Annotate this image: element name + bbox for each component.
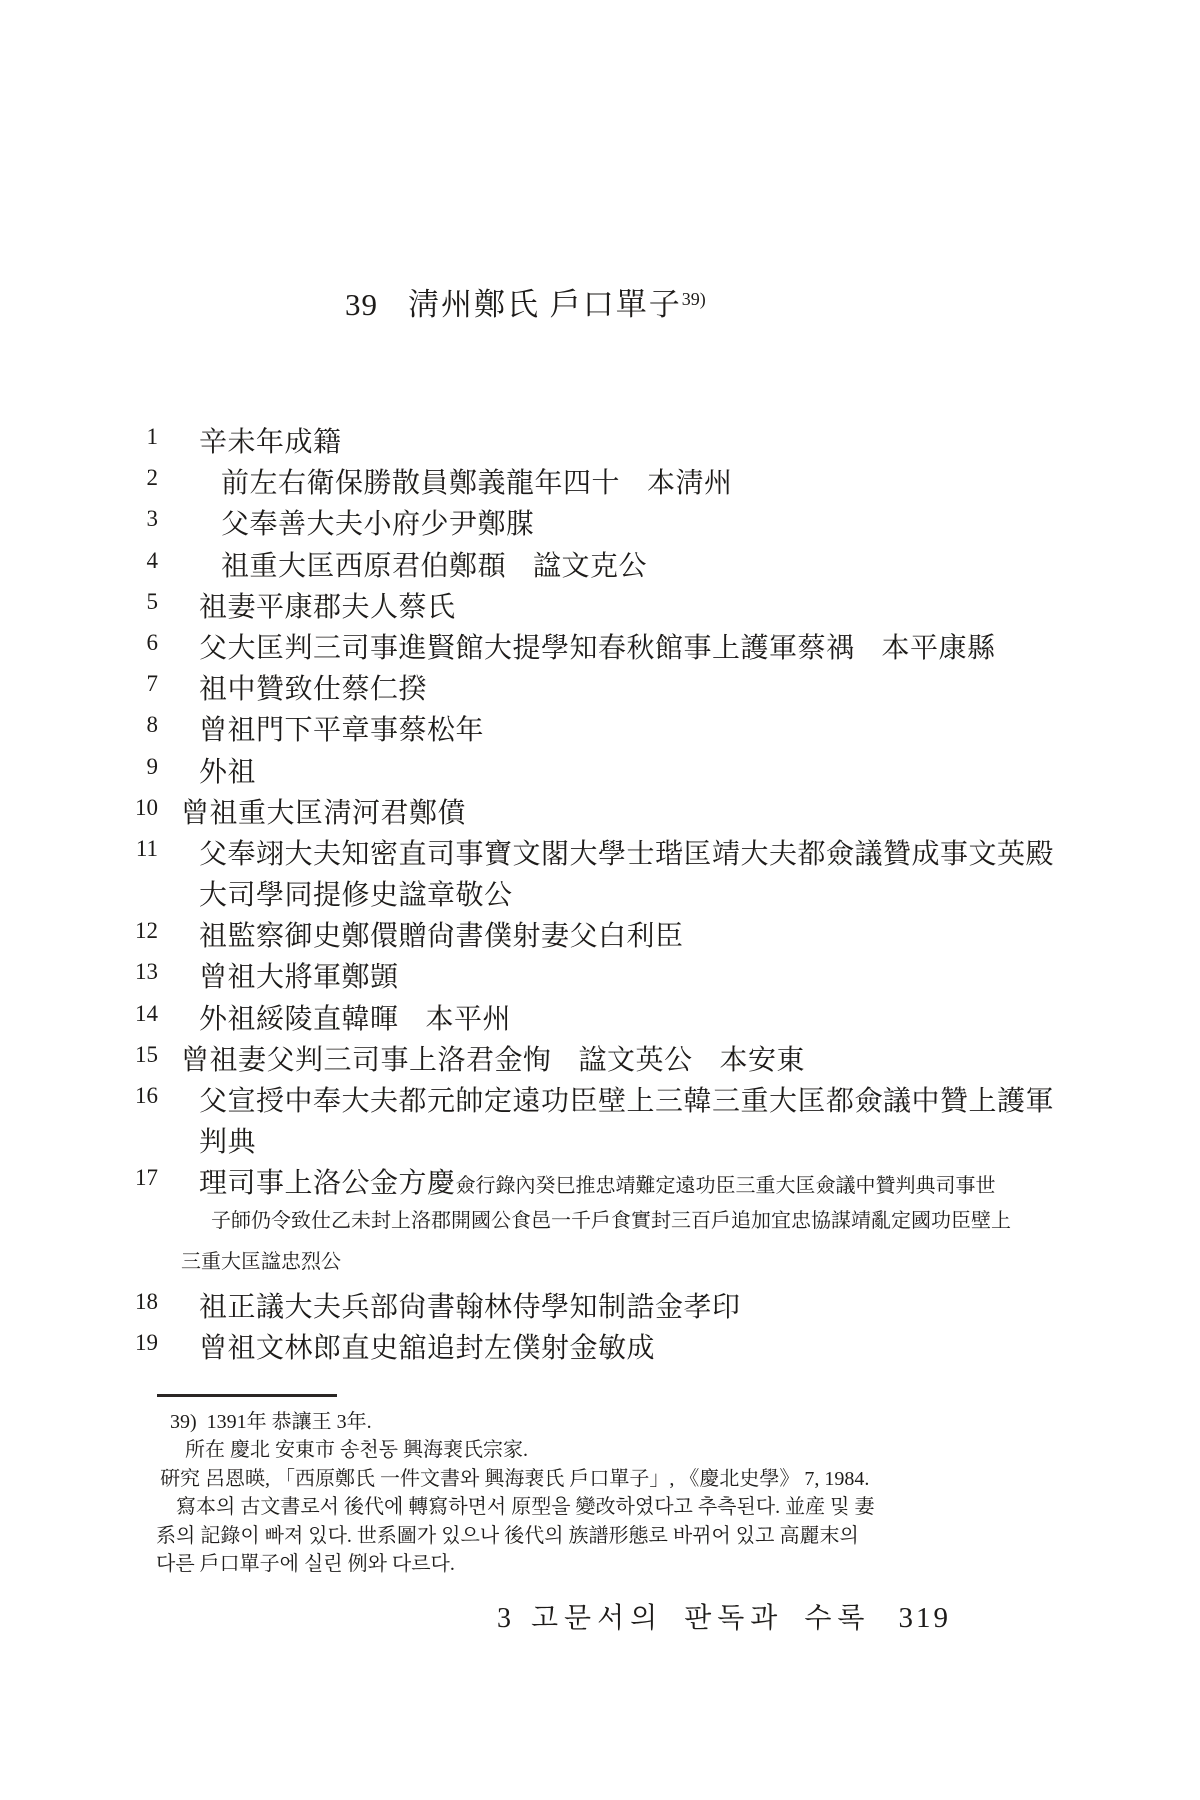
row-number: 10: [100, 795, 158, 821]
row-text: 祖監察御史鄭儇贈尙書僕射妻父白利臣: [199, 914, 684, 954]
footnote-block: 39)1391年 恭讓王 3年. 所在 慶北 安東市 송천동 興海裵氏宗家. 硏…: [156, 1408, 1036, 1578]
doc-row: 6父大匡判三司事進賢館大提學知春秋館事上護軍蔡禑本平康縣: [0, 626, 1200, 667]
page-footer: 3고문서의 판독과 수록319: [497, 1596, 951, 1636]
doc-row: 10曾祖重大匡淸河君鄭僨: [0, 791, 1200, 832]
row-text: 前左右衛保勝散員鄭義龍年四十本淸州: [221, 461, 733, 501]
doc-row: 5祖妻平康郡夫人蔡氏: [0, 585, 1200, 626]
row-text: 祖中贊致仕蔡仁揆: [199, 667, 427, 707]
footnote-line: 다른 戶口單子에 실린 例와 다르다.: [156, 1550, 1036, 1578]
row-segment: 父奉善大夫小府少尹鄭腜: [221, 509, 535, 540]
row-text: 外祖綏陵直韓暉本平州: [199, 997, 511, 1037]
doc-row: 判典: [0, 1120, 1200, 1161]
page-title: 39淸州鄭氏 戶口單子39): [345, 279, 706, 324]
footnote-separator: [157, 1394, 337, 1397]
row-number: 1: [100, 424, 158, 450]
footnote-text: 1391年 恭讓王 3年.: [207, 1411, 372, 1433]
row-number: 7: [100, 671, 158, 697]
doc-row: 7祖中贊致仕蔡仁揆: [0, 667, 1200, 708]
row-number: 3: [100, 506, 158, 532]
row-text: 判典: [199, 1120, 256, 1160]
row-segment: 祖中贊致仕蔡仁揆: [199, 674, 427, 705]
row-text: 曾祖妻父判三司事上洛君金恂諡文英公本安東: [181, 1038, 805, 1078]
doc-row: 12祖監察御史鄭儇贈尙書僕射妻父白利臣: [0, 914, 1200, 955]
row-number: 16: [100, 1083, 158, 1109]
row-segment: 本安東: [720, 1045, 806, 1076]
row-number: 17: [100, 1165, 158, 1191]
row-text: 外祖: [199, 750, 256, 790]
row-number: 19: [100, 1330, 158, 1356]
row-segment: 理司事上洛公金方慶: [199, 1168, 456, 1199]
row-text: 曾祖文林郎直史舘追封左僕射金敏成: [199, 1326, 655, 1366]
row-text: 辛未年成籍: [199, 420, 342, 460]
doc-row: 子師仍令致仕乙未封上洛郡開國公食邑一千戶食實封三百戶追加宜忠協謀靖亂定國功臣壁上: [0, 1203, 1200, 1244]
row-number: 12: [100, 918, 158, 944]
row-text: 理司事上洛公金方慶僉行錄內癸巳推忠靖難定遠功臣三重大匡僉議中贊判典司事世: [199, 1161, 996, 1201]
doc-row: 15曾祖妻父判三司事上洛君金恂諡文英公本安東: [0, 1038, 1200, 1079]
doc-list: 1辛未年成籍2前左右衛保勝散員鄭義龍年四十本淸州3父奉善大夫小府少尹鄭腜4祖重大…: [0, 420, 1200, 1367]
footer-section-title: 고문서의 판독과 수록: [531, 1603, 870, 1634]
footnote-line: 系의 記錄이 빠져 있다. 世系圖가 있으나 後代의 族譜形態로 바뀌어 있고 …: [156, 1522, 1036, 1550]
row-number: 9: [100, 754, 158, 780]
doc-row: 16父宣授中奉大夫都元帥定遠功臣壁上三韓三重大匡都僉議中贊上護軍: [0, 1079, 1200, 1120]
row-number: 8: [100, 712, 158, 738]
footnote-reference: 39): [682, 289, 706, 309]
doc-row: 19曾祖文林郎直史舘追封左僕射金敏成: [0, 1326, 1200, 1367]
doc-row: 大司學同提修史諡章敬公: [0, 873, 1200, 914]
row-segment: 諡文英公: [579, 1045, 693, 1076]
row-segment: 前左右衛保勝散員鄭義龍年四十: [221, 468, 620, 499]
row-segment: 判典: [199, 1127, 256, 1158]
doc-row: 8曾祖門下平章事蔡松年: [0, 708, 1200, 749]
row-segment: 本平康縣: [882, 633, 996, 664]
row-segment: 祖正議大夫兵部尙書翰林侍學知制誥金孝印: [199, 1292, 741, 1323]
row-text: 三重大匡諡忠烈公: [181, 1244, 341, 1276]
footer-section-number: 3: [497, 1603, 511, 1634]
row-segment: 本淸州: [647, 468, 733, 499]
row-text: 大司學同提修史諡章敬公: [199, 873, 513, 913]
row-number: 11: [100, 836, 158, 862]
doc-row: 11父奉翊大夫知密直司事寶文閣大學士瑎匡靖大夫都僉議贊成事文英殿: [0, 832, 1200, 873]
title-text: 淸州鄭氏 戶口單子: [408, 287, 682, 322]
doc-row: 1辛未年成籍: [0, 420, 1200, 461]
row-number: 13: [100, 959, 158, 985]
row-number: 14: [100, 1001, 158, 1027]
row-segment: 本平州: [426, 1004, 512, 1035]
row-segment: 外祖: [199, 757, 256, 788]
row-text: 子師仍令致仕乙未封上洛郡開國公食邑一千戶食實封三百戶追加宜忠協謀靖亂定國功臣壁上: [211, 1203, 1011, 1235]
row-segment: 曾祖重大匡淸河君鄭僨: [181, 798, 466, 829]
row-text: 父宣授中奉大夫都元帥定遠功臣壁上三韓三重大匡都僉議中贊上護軍: [199, 1079, 1054, 1119]
row-number: 5: [100, 589, 158, 615]
row-number: 4: [100, 548, 158, 574]
doc-row: 14外祖綏陵直韓暉本平州: [0, 997, 1200, 1038]
row-text: 父大匡判三司事進賢館大提學知春秋館事上護軍蔡禑本平康縣: [199, 626, 996, 666]
row-segment: 諡文克公: [533, 551, 647, 582]
doc-row: 17理司事上洛公金方慶僉行錄內癸巳推忠靖難定遠功臣三重大匡僉議中贊判典司事世: [0, 1161, 1200, 1202]
row-text: 曾祖重大匡淸河君鄭僨: [181, 791, 466, 831]
row-text: 父奉翊大夫知密直司事寶文閣大學士瑎匡靖大夫都僉議贊成事文英殿: [199, 832, 1054, 872]
row-number: 18: [100, 1289, 158, 1315]
doc-row: 2前左右衛保勝散員鄭義龍年四十本淸州: [0, 461, 1200, 502]
doc-row: 3父奉善大夫小府少尹鄭腜: [0, 502, 1200, 543]
footnote-line: 寫本의 古文書로서 後代에 轉寫하면서 原型을 變改하였다고 추측된다. 並産 …: [176, 1493, 1036, 1521]
row-segment: 外祖綏陵直韓暉: [199, 1004, 399, 1035]
footer-page-number: 319: [898, 1602, 951, 1634]
footnote-marker: 39): [170, 1411, 197, 1433]
interlinear-note: 僉行錄內癸巳推忠靖難定遠功臣三重大匡僉議中贊判典司事世: [456, 1175, 996, 1197]
row-segment: 曾祖文林郎直史舘追封左僕射金敏成: [199, 1333, 655, 1364]
row-segment: 曾祖大將軍鄭顗: [199, 962, 399, 993]
row-number: 15: [100, 1042, 158, 1068]
row-text: 祖妻平康郡夫人蔡氏: [199, 585, 456, 625]
row-number: 6: [100, 630, 158, 656]
row-segment: 曾祖妻父判三司事上洛君金恂: [181, 1045, 552, 1076]
row-text: 曾祖門下平章事蔡松年: [199, 708, 484, 748]
doc-row: 13曾祖大將軍鄭顗: [0, 955, 1200, 996]
footnote-line: 所在 慶北 安東市 송천동 興海裵氏宗家.: [185, 1436, 1036, 1464]
row-text: 曾祖大將軍鄭顗: [199, 955, 399, 995]
row-segment: 祖妻平康郡夫人蔡氏: [199, 592, 456, 623]
row-segment: 曾祖門下平章事蔡松年: [199, 715, 484, 746]
doc-row: 4祖重大匡西原君伯鄭頵諡文克公: [0, 544, 1200, 585]
row-segment: 祖監察御史鄭儇贈尙書僕射妻父白利臣: [199, 921, 684, 952]
footnote-line: 39)1391年 恭讓王 3年.: [170, 1408, 1036, 1436]
row-segment: 父宣授中奉大夫都元帥定遠功臣壁上三韓三重大匡都僉議中贊上護軍: [199, 1086, 1054, 1117]
row-segment: 祖重大匡西原君伯鄭頵: [221, 551, 506, 582]
scanned-book-page: 39淸州鄭氏 戶口單子39) 1辛未年成籍2前左右衛保勝散員鄭義龍年四十本淸州3…: [0, 0, 1200, 1800]
row-number: 2: [100, 465, 158, 491]
interlinear-note: 三重大匡諡忠烈公: [181, 1251, 341, 1273]
doc-row: 9外祖: [0, 750, 1200, 791]
row-segment: 大司學同提修史諡章敬公: [199, 880, 513, 911]
row-text: 父奉善大夫小府少尹鄭腜: [221, 502, 535, 542]
row-segment: 父大匡判三司事進賢館大提學知春秋館事上護軍蔡禑: [199, 633, 855, 664]
row-segment: 辛未年成籍: [199, 427, 342, 458]
doc-row: 三重大匡諡忠烈公: [0, 1244, 1200, 1285]
row-segment: 父奉翊大夫知密直司事寶文閣大學士瑎匡靖大夫都僉議贊成事文英殿: [199, 839, 1054, 870]
row-text: 祖重大匡西原君伯鄭頵諡文克公: [221, 544, 647, 584]
row-text: 祖正議大夫兵部尙書翰林侍學知制誥金孝印: [199, 1285, 741, 1325]
footnote-line: 硏究 呂恩暎, 「西原鄭氏 一件文書와 興海裵氏 戶口單子」, 《慶北史學》 7…: [160, 1465, 1036, 1493]
interlinear-note: 子師仍令致仕乙未封上洛郡開國公食邑一千戶食實封三百戶追加宜忠協謀靖亂定國功臣壁上: [211, 1210, 1011, 1232]
doc-row: 18祖正議大夫兵部尙書翰林侍學知制誥金孝印: [0, 1285, 1200, 1326]
entry-number: 39: [345, 287, 378, 322]
